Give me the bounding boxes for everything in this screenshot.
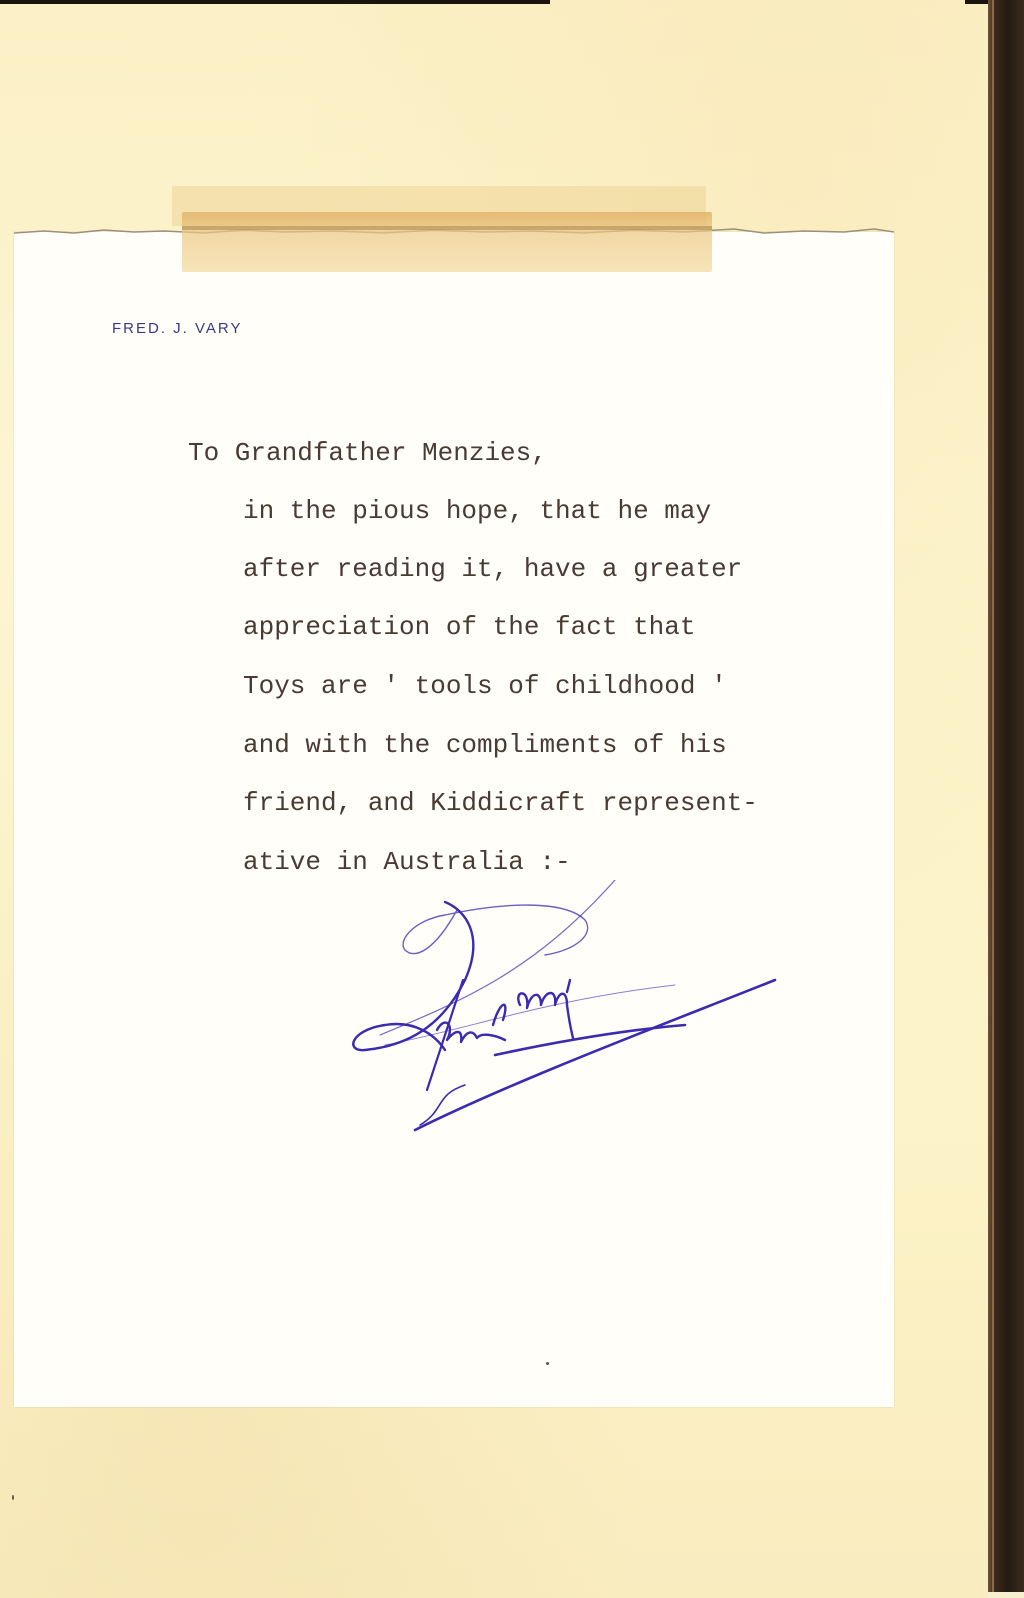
paper-speck — [546, 1362, 549, 1365]
body-line: ative in Australia :- — [243, 849, 571, 875]
paper-speck — [12, 1495, 14, 1500]
body-line: after reading it, have a greater — [243, 556, 742, 582]
salutation: To Grandfather Menzies, — [188, 440, 547, 466]
body-line: and with the compliments of his — [243, 732, 727, 758]
book-cover-edge — [988, 0, 1024, 1598]
body-line: Toys are ' tools of childhood ' — [243, 673, 727, 699]
signature-ink — [345, 880, 785, 1140]
body-line: friend, and Kiddicraft represent- — [243, 790, 758, 816]
letterhead: FRED. J. VARY — [112, 320, 242, 337]
top-shadow-edge — [0, 0, 550, 4]
body-line: in the pious hope, that he may — [243, 498, 711, 524]
inscription-card — [14, 232, 894, 1407]
adhesive-tape — [182, 212, 712, 272]
cover-bottom-corner — [988, 1592, 1024, 1598]
body-line: appreciation of the fact that — [243, 614, 695, 640]
